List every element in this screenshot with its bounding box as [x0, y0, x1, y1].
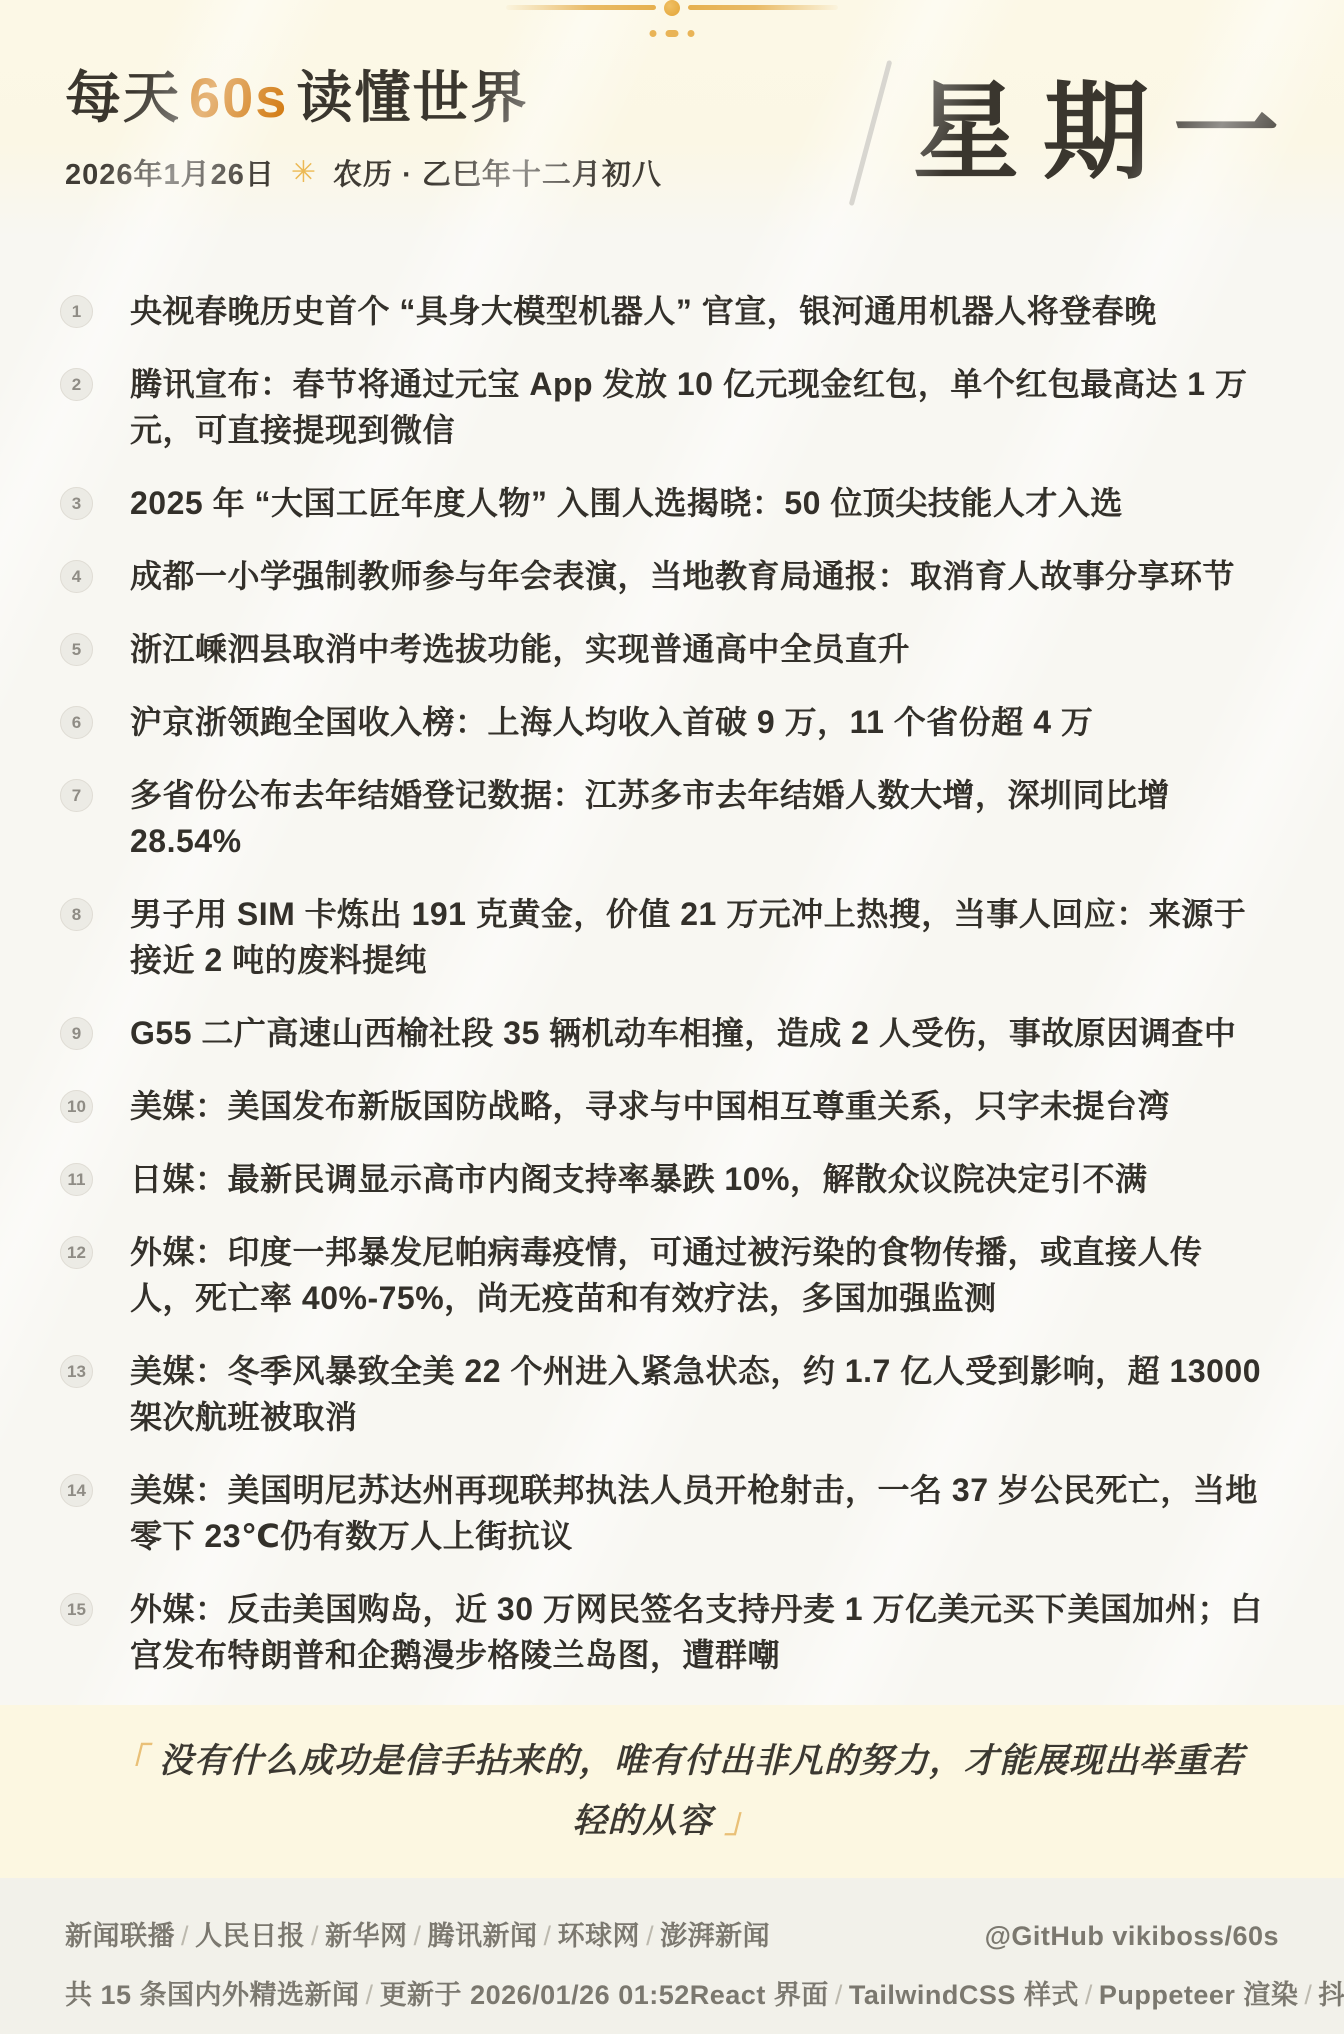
- header-section: 每天60s读懂世界 2026年1月26日 ✳ 农历 · 乙巳年十二月初八 星期一: [0, 0, 1344, 238]
- item-number-badge: 5: [60, 633, 93, 666]
- list-text: 共 15 条国内外精选新闻: [65, 1980, 360, 2010]
- slash-separator: /: [305, 1921, 325, 1951]
- item-number-badge: 14: [60, 1474, 93, 1507]
- page-title: 每天60s读懂世界: [65, 66, 854, 130]
- ornament-circle-icon: [664, 0, 680, 16]
- list-text: 环球网: [558, 1921, 641, 1951]
- slash-separator: /: [640, 1921, 660, 1951]
- header: 每天60s读懂世界 2026年1月26日 ✳ 农历 · 乙巳年十二月初八 星期一: [65, 48, 1279, 238]
- news-item-text: 腾讯宣布：春节将通过元宝 App 发放 10 亿元现金红包，单个红包最高达 1 …: [130, 361, 1265, 453]
- item-number-badge: 11: [60, 1163, 93, 1196]
- slash-separator: /: [538, 1921, 558, 1951]
- slash-separator: /: [829, 1980, 849, 2010]
- news-item: 15 外媒：反击美国购岛，近 30 万网民签名支持丹麦 1 万亿美元买下美国加州…: [60, 1586, 1279, 1678]
- news-list: 1 央视春晚历史首个 “具身大模型机器人” 官宣，银河通用机器人将登春晚 2 腾…: [0, 238, 1344, 1705]
- weekday-label: 星期一: [913, 75, 1303, 192]
- news-item: 12 外媒：印度一邦暴发尼帕病毒疫情，可通过被污染的食物传播，或直接人传人，死亡…: [60, 1229, 1279, 1321]
- item-number-badge: 12: [60, 1236, 93, 1269]
- news-item: 10 美媒：美国发布新版国防战略，寻求与中国相互尊重关系，只字未提台湾: [60, 1083, 1279, 1129]
- quote-section: 「没有什么成功是信手拈来的，唯有付出非凡的努力，才能展现出举重若轻的从容」: [0, 1705, 1344, 1878]
- news-item-text: 日媒：最新民调显示高市内阁支持率暴跌 10%，解散众议院决定引不满: [130, 1156, 1147, 1202]
- slash-divider-icon: [849, 60, 893, 206]
- list-text: 更新于 2026/01/26 01:52: [380, 1980, 690, 2010]
- news-item: 4 成都一小学强制教师参与年会表演，当地教育局通报：取消育人故事分享环节: [60, 553, 1279, 599]
- ornament-line-right-icon: [688, 5, 838, 10]
- news-item: 11 日媒：最新民调显示高市内阁支持率暴跌 10%，解散众议院决定引不满: [60, 1156, 1279, 1202]
- item-number-badge: 6: [60, 706, 93, 739]
- footer-row-sources: 新闻联播/人民日报/新华网/腾讯新闻/环球网/澎湃新闻 @GitHub viki…: [65, 1914, 1279, 1953]
- slash-separator: /: [1298, 1980, 1318, 2010]
- dot-icon: [688, 30, 695, 37]
- daily-quote: 「没有什么成功是信手拈来的，唯有付出非凡的努力，才能展现出举重若轻的从容」: [90, 1732, 1254, 1851]
- title-highlight: 60s: [181, 66, 296, 129]
- list-text: 腾讯新闻: [428, 1921, 538, 1951]
- list-text: React 界面: [690, 1980, 829, 2010]
- footer-row-meta: 共 15 条国内外精选新闻/更新于 2026/01/26 01:52 React…: [65, 1973, 1279, 2012]
- github-handle: @GitHub vikiboss/60s: [985, 1921, 1279, 1952]
- news-item-text: 沪京浙领跑全国收入榜：上海人均收入首破 9 万，11 个省份超 4 万: [130, 699, 1093, 745]
- slash-separator: /: [408, 1921, 428, 1951]
- item-number-badge: 2: [60, 368, 93, 401]
- news-item-text: 浙江嵊泗县取消中考选拔功能，实现普通高中全员直升: [130, 626, 910, 672]
- news-item: 6 沪京浙领跑全国收入榜：上海人均收入首破 9 万，11 个省份超 4 万: [60, 699, 1279, 745]
- list-text: 人民日报: [195, 1921, 305, 1951]
- news-item: 3 2025 年 “大国工匠年度人物” 入围人选揭晓：50 位顶尖技能人才入选: [60, 480, 1279, 526]
- news-item-text: G55 二广高速山西榆社段 35 辆机动车相撞，造成 2 人受伤，事故原因调查中: [130, 1010, 1236, 1056]
- item-number-badge: 8: [60, 898, 93, 931]
- slash-separator: /: [360, 1980, 380, 2010]
- news-item-text: 央视春晚历史首个 “具身大模型机器人” 官宣，银河通用机器人将登春晚: [130, 288, 1157, 334]
- footer-section: 新闻联播/人民日报/新华网/腾讯新闻/环球网/澎湃新闻 @GitHub viki…: [0, 1878, 1344, 2034]
- news-item-text: 外媒：印度一邦暴发尼帕病毒疫情，可通过被污染的食物传播，或直接人传人，死亡率 4…: [130, 1229, 1265, 1321]
- news-item: 2 腾讯宣布：春节将通过元宝 App 发放 10 亿元现金红包，单个红包最高达 …: [60, 361, 1279, 453]
- item-number-badge: 7: [60, 779, 93, 812]
- news-item-text: 美媒：美国明尼苏达州再现联邦执法人员开枪射击，一名 37 岁公民死亡，当地零下 …: [130, 1467, 1265, 1559]
- update-meta: 共 15 条国内外精选新闻/更新于 2026/01/26 01:52: [65, 1973, 690, 2012]
- news-digest-page: 每天60s读懂世界 2026年1月26日 ✳ 农历 · 乙巳年十二月初八 星期一…: [0, 0, 1344, 2034]
- news-item-text: 美媒：冬季风暴致全美 22 个州进入紧急状态，约 1.7 亿人受到影响，超 13…: [130, 1348, 1265, 1440]
- lunar-date: 农历 · 乙巳年十二月初八: [333, 152, 662, 193]
- credits-list: React 界面/TailwindCSS 样式/Puppeteer 渲染/抖音美…: [690, 1973, 1344, 2012]
- list-text: 抖音美好体: [1318, 1980, 1344, 2010]
- date-line: 2026年1月26日 ✳ 农历 · 乙巳年十二月初八: [65, 152, 854, 193]
- news-item-text: 成都一小学强制教师参与年会表演，当地教育局通报：取消育人故事分享环节: [130, 553, 1235, 599]
- item-number-badge: 10: [60, 1090, 93, 1123]
- ornament-line-left-icon: [506, 5, 656, 10]
- list-text: 新华网: [325, 1921, 408, 1951]
- quote-close-bracket-icon: 」: [713, 1802, 772, 1840]
- dot-icon: [650, 30, 657, 37]
- news-item-text: 男子用 SIM 卡炼出 191 克黄金，价值 21 万元冲上热搜，当事人回应：来…: [130, 891, 1265, 983]
- news-item: 13 美媒：冬季风暴致全美 22 个州进入紧急状态，约 1.7 亿人受到影响，超…: [60, 1348, 1279, 1440]
- dot-icon: [666, 30, 679, 37]
- list-text: 澎湃新闻: [660, 1921, 770, 1951]
- item-number-badge: 15: [60, 1593, 93, 1626]
- news-item: 14 美媒：美国明尼苏达州再现联邦执法人员开枪射击，一名 37 岁公民死亡，当地…: [60, 1467, 1279, 1559]
- quote-open-bracket-icon: 「: [100, 1742, 159, 1780]
- item-number-badge: 13: [60, 1355, 93, 1388]
- news-item: 8 男子用 SIM 卡炼出 191 克黄金，价值 21 万元冲上热搜，当事人回应…: [60, 891, 1279, 983]
- news-item-text: 2025 年 “大国工匠年度人物” 入围人选揭晓：50 位顶尖技能人才入选: [130, 480, 1123, 526]
- list-text: Puppeteer 渲染: [1099, 1980, 1299, 2010]
- slash-separator: /: [1079, 1980, 1099, 2010]
- header-left: 每天60s读懂世界 2026年1月26日 ✳ 农历 · 乙巳年十二月初八: [65, 58, 854, 208]
- asterisk-flower-icon: ✳: [291, 158, 317, 188]
- quote-text: 没有什么成功是信手拈来的，唯有付出非凡的努力，才能展现出举重若轻的从容: [159, 1742, 1244, 1840]
- news-item-text: 美媒：美国发布新版国防战略，寻求与中国相互尊重关系，只字未提台湾: [130, 1083, 1170, 1129]
- item-number-badge: 4: [60, 560, 93, 593]
- news-sources-list: 新闻联播/人民日报/新华网/腾讯新闻/环球网/澎湃新闻: [65, 1914, 770, 1953]
- ornament-dots-icon: [650, 30, 695, 37]
- news-item-text: 外媒：反击美国购岛，近 30 万网民签名支持丹麦 1 万亿美元买下美国加州；白宫…: [130, 1586, 1265, 1678]
- news-item: 5 浙江嵊泗县取消中考选拔功能，实现普通高中全员直升: [60, 626, 1279, 672]
- title-prefix: 每天: [65, 66, 181, 129]
- title-suffix: 读懂世界: [296, 66, 528, 129]
- list-text: 新闻联播: [65, 1921, 175, 1951]
- item-number-badge: 9: [60, 1017, 93, 1050]
- news-item: 1 央视春晚历史首个 “具身大模型机器人” 官宣，银河通用机器人将登春晚: [60, 288, 1279, 334]
- list-text: TailwindCSS 样式: [849, 1980, 1079, 2010]
- news-item-text: 多省份公布去年结婚登记数据：江苏多市去年结婚人数大增，深圳同比增 28.54%: [130, 772, 1265, 864]
- gregorian-date: 2026年1月26日: [65, 152, 275, 193]
- slash-separator: /: [175, 1921, 195, 1951]
- news-item: 9 G55 二广高速山西榆社段 35 辆机动车相撞，造成 2 人受伤，事故原因调…: [60, 1010, 1279, 1056]
- news-item: 7 多省份公布去年结婚登记数据：江苏多市去年结婚人数大增，深圳同比增 28.54…: [60, 772, 1279, 864]
- item-number-badge: 3: [60, 487, 93, 520]
- top-ornament: [65, 0, 1279, 48]
- item-number-badge: 1: [60, 295, 93, 328]
